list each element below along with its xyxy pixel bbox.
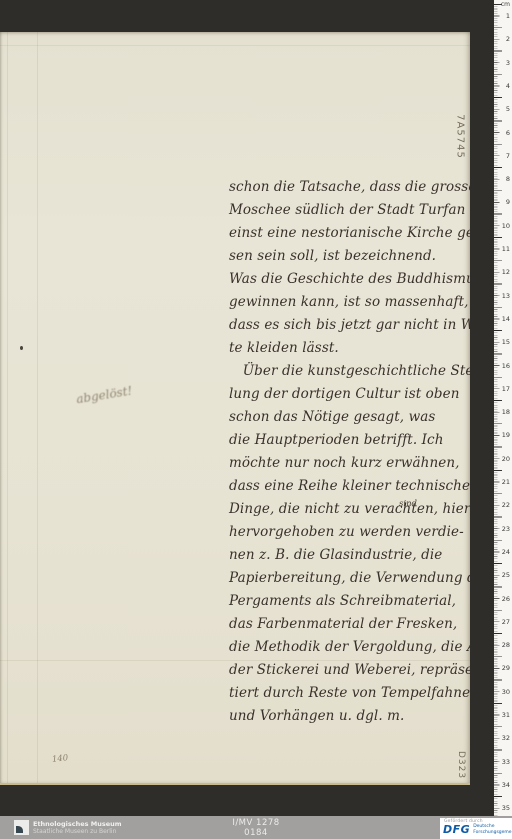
handwriting-line: schon die Tatsache, dass die grosse bbox=[229, 176, 470, 199]
handwriting-line: Moschee südlich der Stadt Turfan bbox=[229, 199, 470, 222]
ruler-number: 19 bbox=[502, 431, 510, 439]
ruler-number: 17 bbox=[502, 385, 510, 393]
ruler-number: 25 bbox=[502, 571, 510, 579]
handwriting-line: lung der dortigen Cultur ist oben bbox=[229, 383, 470, 406]
page-number-pencil: 140 bbox=[52, 753, 69, 765]
handwriting-line: schon das Nötige gesagt, was bbox=[229, 406, 470, 429]
paper-crease-vertical bbox=[37, 32, 38, 783]
ruler-unit-label: cm bbox=[501, 1, 510, 8]
superscript-insertion: sind bbox=[399, 499, 417, 509]
handwriting-line: te kleiden lässt. bbox=[229, 337, 470, 360]
ruler-number: 13 bbox=[502, 292, 510, 300]
ruler-number: 5 bbox=[506, 105, 510, 113]
handwriting-line: dass es sich bis jetzt gar nicht in Wor- bbox=[229, 314, 470, 337]
handwriting-line: möchte nur noch kurz erwähnen, bbox=[229, 452, 470, 475]
ruler-number: 14 bbox=[502, 315, 510, 323]
ruler-number: 28 bbox=[502, 641, 510, 649]
margin-note-pencil: abgelöst! bbox=[75, 384, 133, 407]
dfg-full-name: Deutsche Forschungsgemeinschaft bbox=[473, 824, 512, 835]
ruler-number: 3 bbox=[506, 59, 510, 67]
archival-mark-top-right: 7A5745 bbox=[455, 102, 466, 172]
ruler-number: 35 bbox=[502, 804, 510, 812]
ruler-number: 1 bbox=[506, 12, 510, 20]
handwriting-line: dass eine Reihe kleiner technischer bbox=[229, 475, 470, 498]
handwriting-line: und Vorhängen u. dgl. m. bbox=[229, 705, 470, 728]
handwriting-line: sen sein soll, ist bezeichnend. bbox=[229, 245, 470, 268]
archival-mark-bottom-right: D323 bbox=[456, 732, 466, 785]
ruler-number: 29 bbox=[502, 664, 510, 672]
ruler-number: 10 bbox=[502, 222, 510, 230]
handwriting-line: die Hauptperioden betrifft. Ich bbox=[229, 429, 470, 452]
measurement-ruler: cm 1 2 3 4 5 6 7 8 9 10 1 bbox=[494, 0, 512, 816]
handwriting-line: die Methodik der Vergoldung, die Art bbox=[229, 636, 470, 659]
handwriting-line: einst eine nestorianische Kirche gewe- bbox=[229, 222, 470, 245]
dfg-logo: Gefördert durch DFG Deutsche Forschungsg… bbox=[440, 818, 512, 839]
dfg-name-line2: Forschungsgemeinschaft bbox=[473, 830, 512, 836]
handwriting-line: Pergaments als Schreibmaterial, bbox=[229, 590, 470, 613]
handwriting-line: Über die kunstgeschichtliche Stel- bbox=[229, 360, 470, 383]
archival-scan-viewer: schon die Tatsache, dass die grosse Mosc… bbox=[0, 0, 512, 839]
handwriting-line: das Farbenmaterial der Fresken, bbox=[229, 613, 470, 636]
ruler-number: 9 bbox=[506, 198, 510, 206]
ruler-number: 22 bbox=[502, 501, 510, 509]
ruler-number: 2 bbox=[506, 35, 510, 43]
ruler-number: 15 bbox=[502, 338, 510, 346]
ruler-number: 32 bbox=[502, 734, 510, 742]
ruler-number: 27 bbox=[502, 618, 510, 626]
ruler-number: 4 bbox=[506, 82, 510, 90]
ruler-number: 16 bbox=[502, 362, 510, 370]
manuscript-page: schon die Tatsache, dass die grosse Mosc… bbox=[0, 32, 470, 785]
archive-reference: I/MV 1278 0184 bbox=[0, 818, 512, 838]
archive-signature: I/MV 1278 bbox=[0, 818, 512, 828]
paper-crease-vertical bbox=[7, 32, 8, 783]
ruler-number: 12 bbox=[502, 268, 510, 276]
handwriting-line: Papierbereitung, die Verwendung des bbox=[229, 567, 470, 590]
ruler-number: 8 bbox=[506, 175, 510, 183]
scan-page-number: 0184 bbox=[0, 828, 512, 838]
ruler-number: 31 bbox=[502, 711, 510, 719]
ink-speck bbox=[20, 346, 23, 350]
handwriting-line: hervorgehoben zu werden verdie- bbox=[229, 521, 470, 544]
handwriting-line: tiert durch Reste von Tempelfahnen bbox=[229, 682, 470, 705]
ruler-number: 11 bbox=[502, 245, 510, 253]
ruler-number: 30 bbox=[502, 688, 510, 696]
paper-crease-horizontal bbox=[0, 45, 470, 46]
ruler-number: 26 bbox=[502, 595, 510, 603]
ruler-number: 21 bbox=[502, 478, 510, 486]
handwriting-line: Dinge, die nicht zu verachten, hier bbox=[229, 498, 470, 521]
footer-bar: Ethnologisches Museum Staatliche Museen … bbox=[0, 816, 512, 839]
handwriting-line: gewinnen kann, ist so massenhaft, bbox=[229, 291, 470, 314]
handwriting-line: der Stickerei und Weberei, repräsen- bbox=[229, 659, 470, 682]
handwritten-text-block: schon die Tatsache, dass die grosse Mosc… bbox=[229, 176, 470, 728]
handwriting-line: nen z. B. die Glasindustrie, die bbox=[229, 544, 470, 567]
ruler-number: 6 bbox=[506, 129, 510, 137]
ruler-number: 18 bbox=[502, 408, 510, 416]
ruler-number: 24 bbox=[502, 548, 510, 556]
ruler-number: 33 bbox=[502, 758, 510, 766]
dfg-logo-row: DFG Deutsche Forschungsgemeinschaft bbox=[443, 824, 512, 836]
handwriting-line: Was die Geschichte des Buddhismus bbox=[229, 268, 470, 291]
ruler-number: 34 bbox=[502, 781, 510, 789]
ruler-number: 23 bbox=[502, 525, 510, 533]
dfg-abbreviation: DFG bbox=[443, 824, 470, 836]
ruler-number: 7 bbox=[506, 152, 510, 160]
ruler-number: 20 bbox=[502, 455, 510, 463]
